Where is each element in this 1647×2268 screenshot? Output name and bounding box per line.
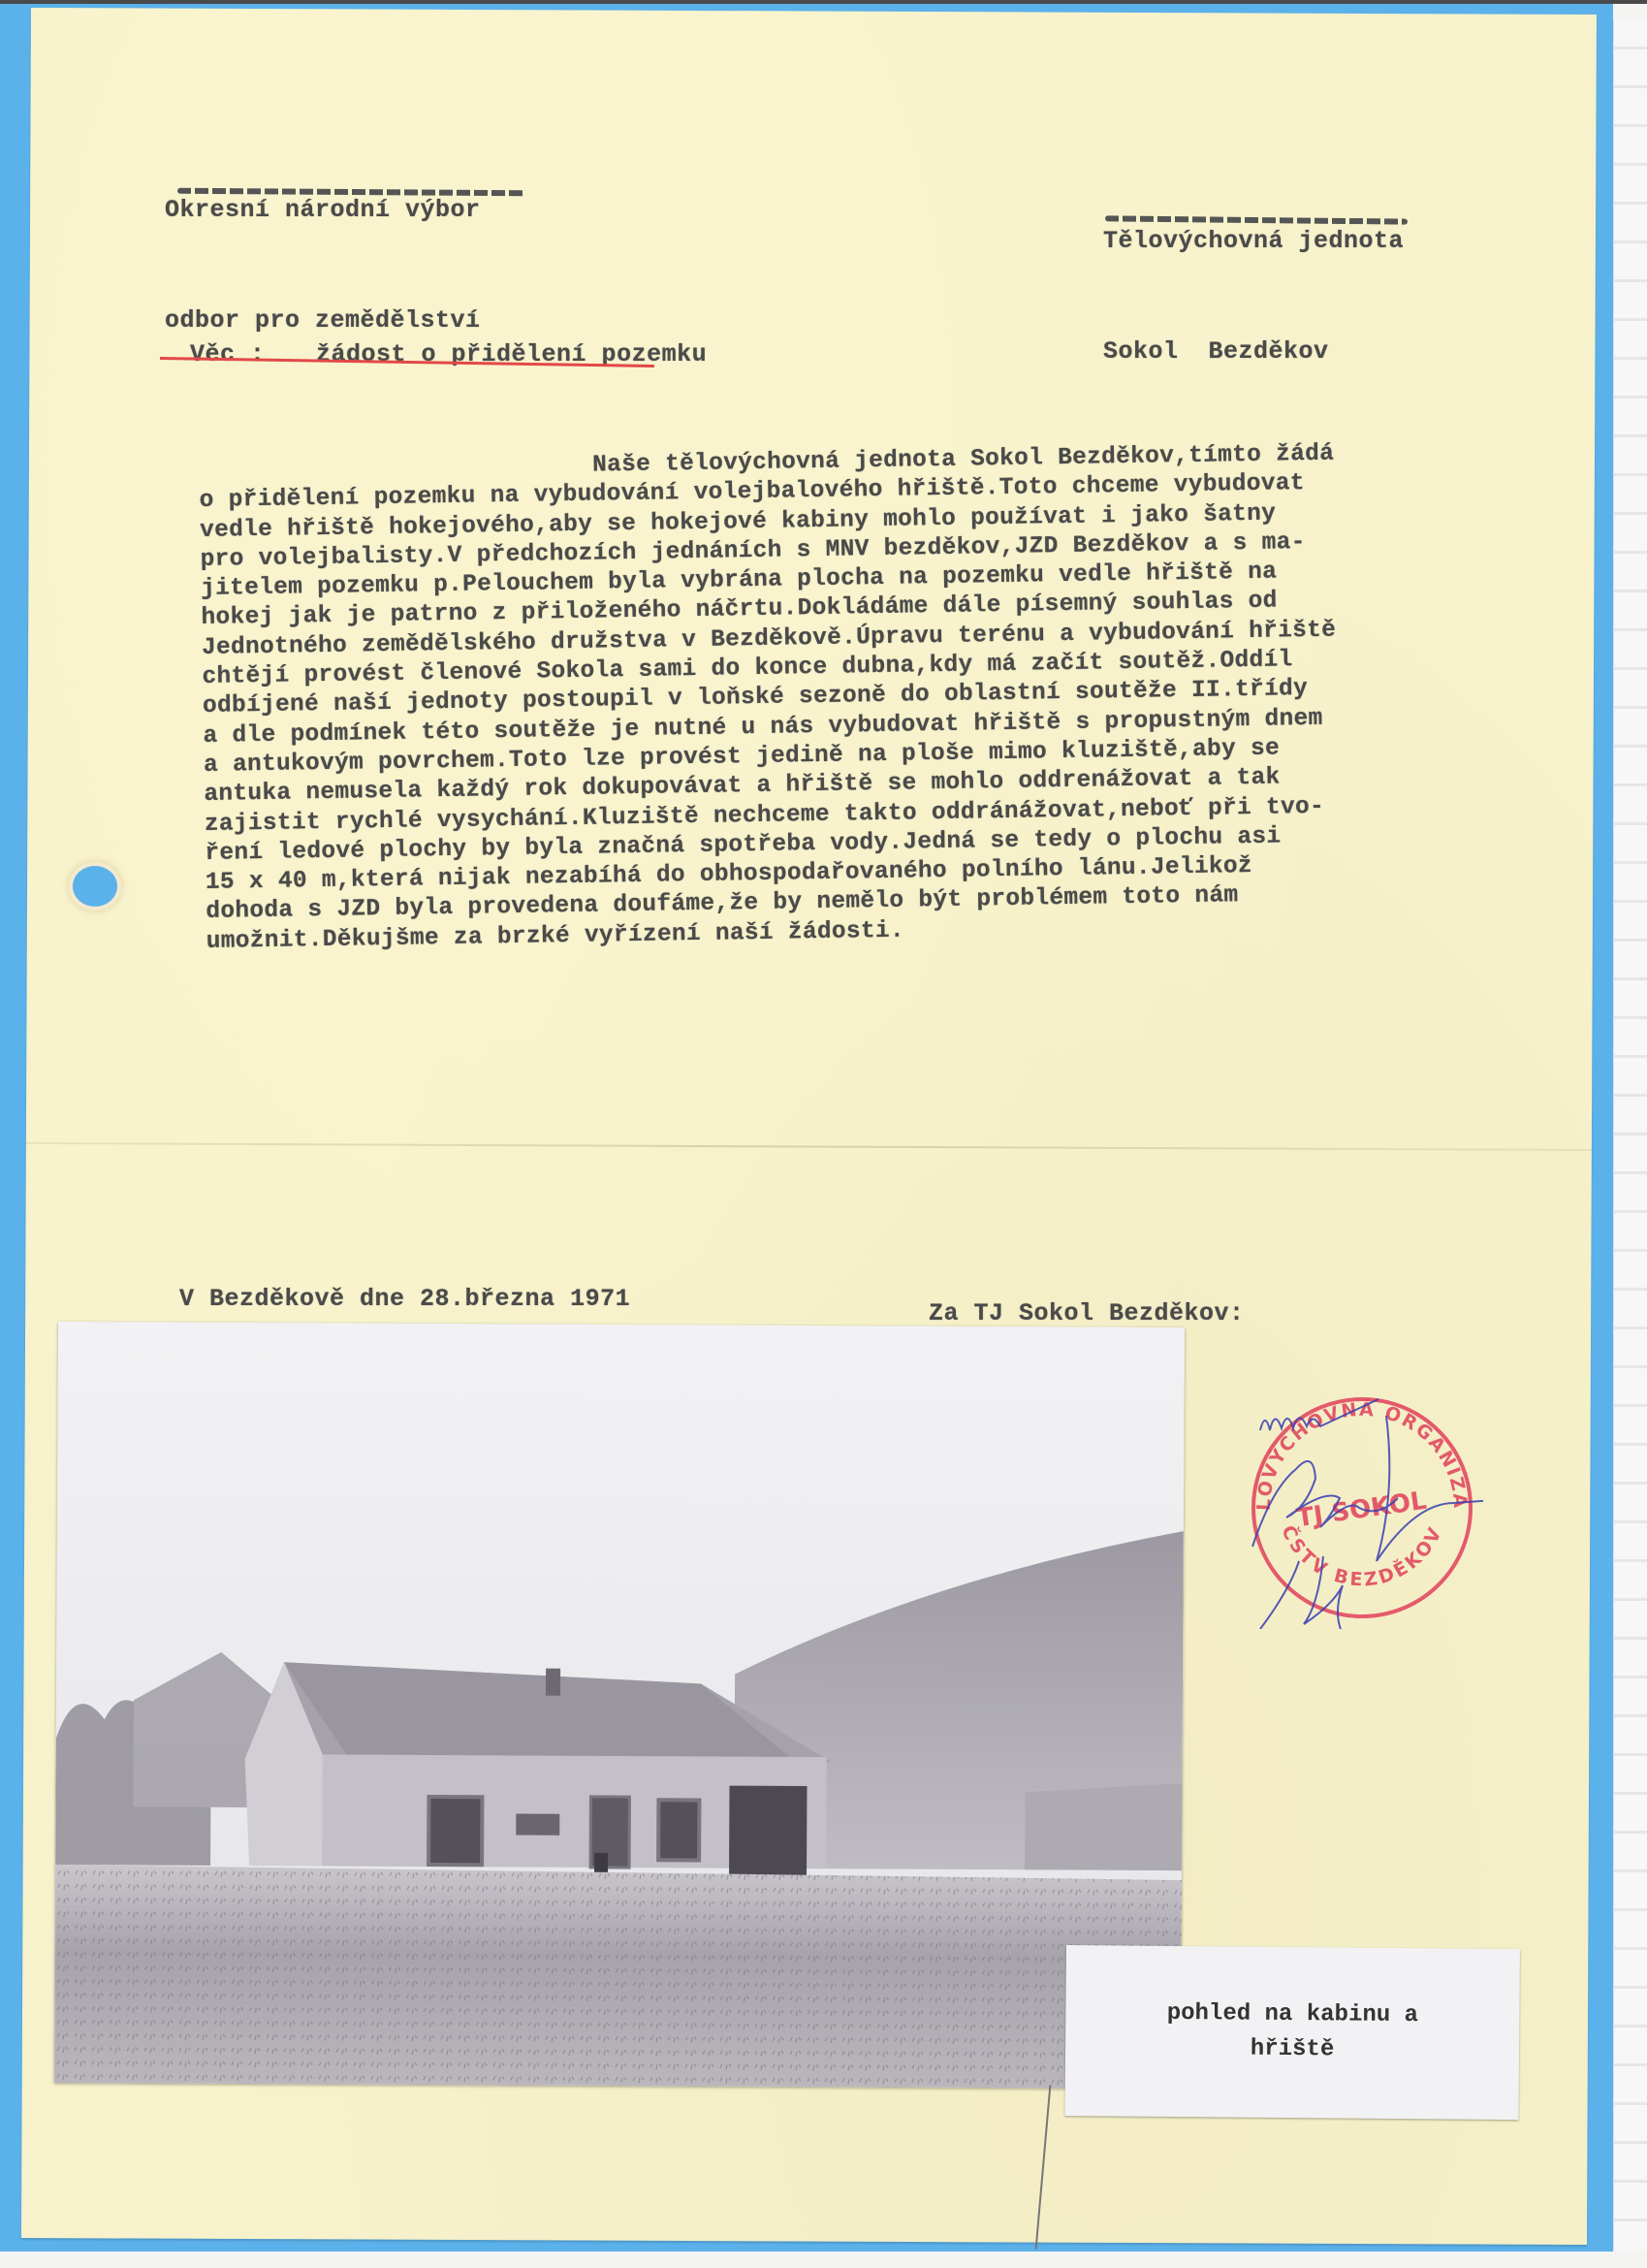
recipient-line-1: Okresní národní výbor — [165, 192, 481, 229]
date-line: V Bezděkově dne 28.března 1971 — [179, 1285, 630, 1313]
stamp-signature: TĚLOVÝCHOVNÁ ORGANIZACE ČSTV BEZDĚKOV TJ… — [1241, 1387, 1483, 1629]
plastic-sleeve-edge — [1613, 19, 1647, 2250]
sender-line-1: Tělovýchovná jednota — [1103, 223, 1404, 260]
punch-hole — [73, 866, 117, 907]
sender-line-2: Sokol Bezděkov — [1103, 334, 1404, 370]
round-stamp-icon: TĚLOVÝCHOVNÁ ORGANIZACE ČSTV BEZDĚKOV TJ… — [1241, 1387, 1471, 1616]
photo-caption-card: pohled na kabinu a hřiště — [1064, 1945, 1520, 2120]
photo-caption: pohled na kabinu a hřiště — [1166, 1996, 1418, 2068]
cabin-photo — [54, 1322, 1185, 2089]
subject-label: Věc : — [190, 340, 316, 368]
letter-body: Naše tělovýchovná jednota Sokol Bezděkov… — [199, 438, 1457, 957]
signoff: Za TJ Sokol Bezděkov: — [929, 1299, 1245, 1327]
sender-address: Tělovýchovná jednota Sokol Bezděkov — [1103, 149, 1404, 407]
photo-image — [54, 1322, 1185, 2089]
paper-fold — [26, 1142, 1592, 1151]
